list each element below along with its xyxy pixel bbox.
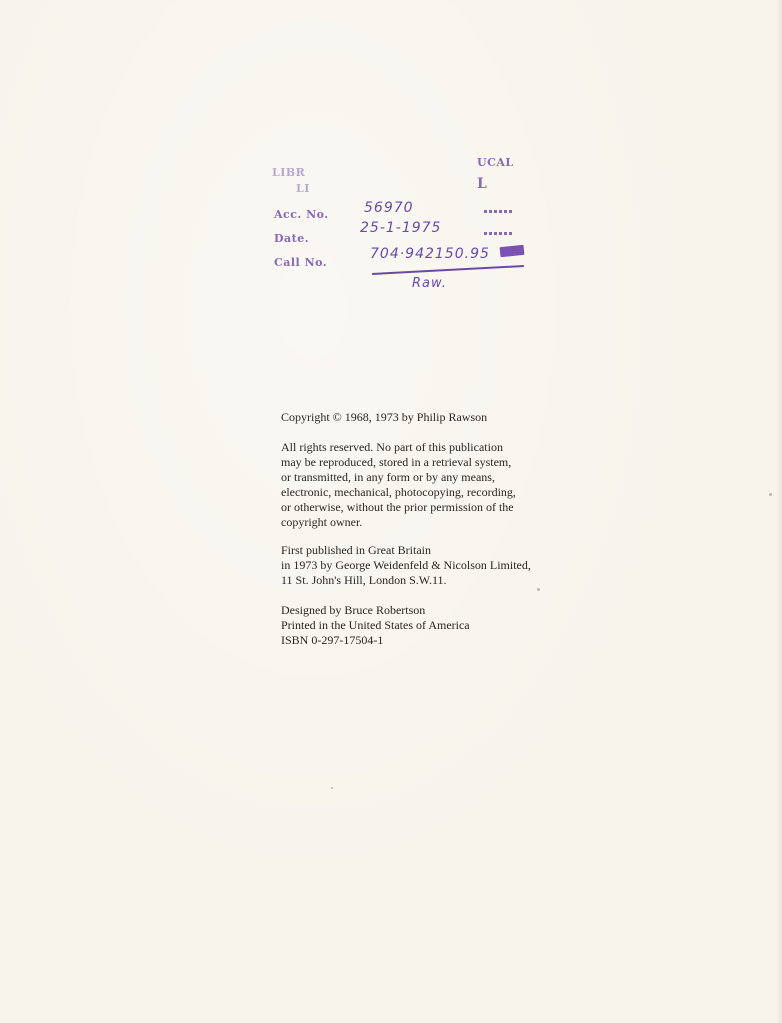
stamp-header-left: LIBR xyxy=(272,166,305,179)
paper-speck xyxy=(769,493,772,496)
rights-line: may be reproduced, stored in a retrieval… xyxy=(281,455,571,470)
call-no-underline xyxy=(372,265,524,274)
stamp-dots xyxy=(484,210,514,213)
page-edge xyxy=(776,0,782,1023)
stamp-dots xyxy=(484,232,514,235)
acc-no-label: Acc. No. xyxy=(274,208,329,221)
publication-line: in 1973 by George Weidenfeld & Nicolson … xyxy=(281,558,571,573)
rights-line: or transmitted, in any form or by any me… xyxy=(281,470,571,485)
paper-speck xyxy=(331,787,333,789)
author-mark: Raw. xyxy=(412,276,447,291)
date-value: 25-1-1975 xyxy=(360,220,441,236)
call-no-value: 704·942150.95 xyxy=(370,246,490,262)
printed-line: Printed in the United States of America xyxy=(281,618,571,633)
acc-no-value: 56970 xyxy=(364,200,414,216)
copyright-notice-block: Copyright © 1968, 1973 by Philip Rawson xyxy=(281,410,571,425)
stamp-header-right: UCAL xyxy=(477,156,514,169)
rights-line: or otherwise, without the prior permissi… xyxy=(281,500,571,515)
publication-line: 11 St. John's Hill, London S.W.11. xyxy=(281,573,571,588)
designer-line: Designed by Bruce Robertson xyxy=(281,603,571,618)
book-page: LIBR UCAL LI L Acc. No. 56970 Date. 25-1… xyxy=(0,0,782,1023)
library-stamp: LIBR UCAL LI L Acc. No. 56970 Date. 25-1… xyxy=(272,152,532,302)
call-no-label: Call No. xyxy=(274,256,327,269)
rights-line: All rights reserved. No part of this pub… xyxy=(281,440,571,455)
stamp-subheader-left: LI xyxy=(296,182,310,195)
isbn-line: ISBN 0-297-17504-1 xyxy=(281,633,571,648)
publication-line: First published in Great Britain xyxy=(281,543,571,558)
rights-block: All rights reserved. No part of this pub… xyxy=(281,440,571,530)
date-label: Date. xyxy=(274,232,309,245)
ink-blot xyxy=(500,245,525,257)
credits-block: Designed by Bruce Robertson Printed in t… xyxy=(281,603,571,648)
stamp-subheader-right: L xyxy=(477,176,487,192)
rights-line: electronic, mechanical, photocopying, re… xyxy=(281,485,571,500)
publication-block: First published in Great Britain in 1973… xyxy=(281,543,571,588)
copyright-notice: Copyright © 1968, 1973 by Philip Rawson xyxy=(281,410,571,425)
rights-line: copyright owner. xyxy=(281,515,571,530)
paper-speck xyxy=(537,588,540,591)
